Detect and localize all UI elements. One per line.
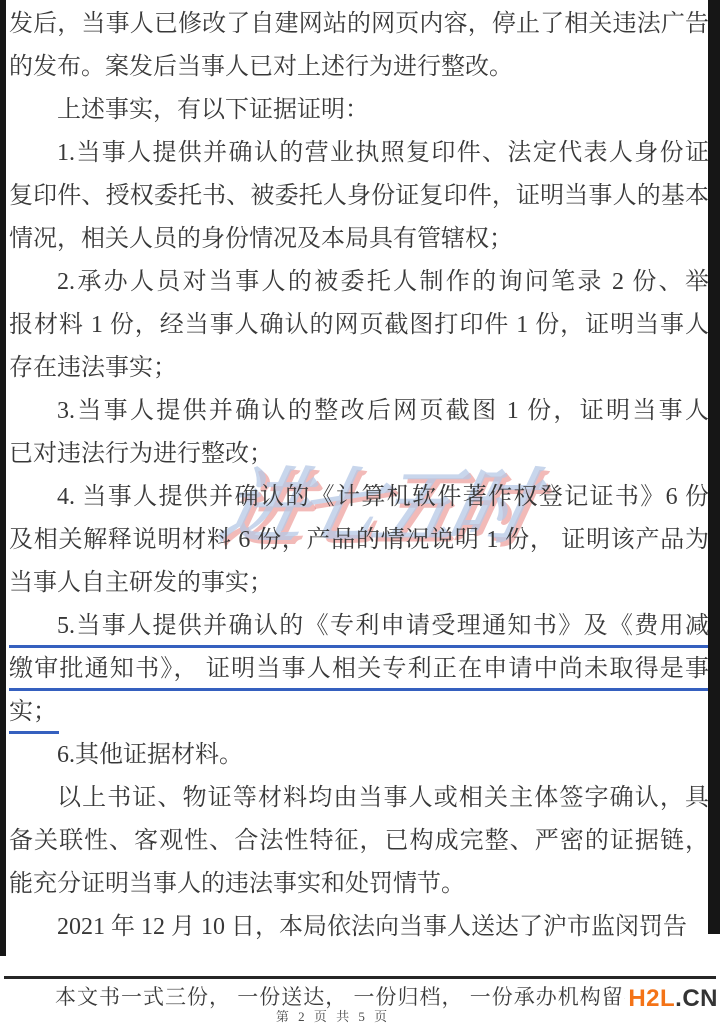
document-line: 能充分证明当事人的违法事实和处罚情节。 [9, 863, 709, 906]
document-body: 发后，当事人已修改了自建网站的网页内容，停止了相关违法广告的发布。案发后当事人已… [9, 3, 709, 949]
document-line: 1.当事人提供并确认的营业执照复印件、法定代表人身份证 [9, 132, 709, 175]
page-number-indicator: 第 2 页 共 5 页 [0, 1006, 666, 1024]
document-line: 5.当事人提供并确认的《专利申请受理通知书》及《费用减 [9, 605, 709, 648]
document-line: 备关联性、客观性、合法性特征，已构成完整、严密的证据链， [9, 820, 709, 863]
document-line: 2.承办人员对当事人的被委托人制作的询问笔录 2 份、举 [9, 261, 709, 304]
document-line: 缴审批通知书》， 证明当事人相关专利正在申请中尚未取得是事 [9, 648, 709, 691]
document-line: 以上书证、物证等材料均由当事人或相关主体签字确认，具 [9, 777, 709, 820]
document-line: 当事人自主研发的事实； [9, 562, 709, 605]
scan-edge-artifact-left [0, 0, 6, 956]
document-line: 实； [9, 691, 59, 734]
document-line: 发后，当事人已修改了自建网站的网页内容，停止了相关违法广告 [9, 3, 709, 46]
scan-edge-artifact-right [708, 0, 720, 934]
document-line: 4. 当事人提供并确认的《计算机软件著作权登记证书》6 份 [9, 476, 709, 519]
document-line: 已对违法行为进行整改； [9, 433, 709, 476]
site-logo: H2L.CN [625, 986, 718, 1012]
document-line: 报材料 1 份，经当事人确认的网页截图打印件 1 份，证明当事人 [9, 304, 709, 347]
document-line: 6.其他证据材料。 [9, 734, 709, 777]
document-line: 及相关解释说明材料 6 份，产品的情况说明 1 份， 证明该产品为 [9, 519, 709, 562]
footer-divider-line [4, 976, 716, 979]
document-line: 上述事实，有以下证据证明： [9, 89, 709, 132]
document-line: 情况，相关人员的身份情况及本局具有管辖权； [9, 218, 709, 261]
document-line: 存在违法事实； [9, 347, 709, 390]
document-line: 的发布。案发后当事人已对上述行为进行整改。 [9, 46, 709, 89]
scanned-document-page: { "document": { "lines": [ {"text": "发后，… [0, 0, 720, 1024]
site-logo-primary: H2L [628, 985, 675, 1012]
document-line: 3.当事人提供并确认的整改后网页截图 1 份，证明当事人 [9, 390, 709, 433]
document-line: 2021 年 12 月 10 日，本局依法向当事人送达了沪市监闵罚告 [9, 906, 709, 949]
site-logo-secondary: .CN [675, 985, 718, 1012]
document-line: 复印件、授权委托书、被委托人身份证复印件，证明当事人的基本 [9, 175, 709, 218]
